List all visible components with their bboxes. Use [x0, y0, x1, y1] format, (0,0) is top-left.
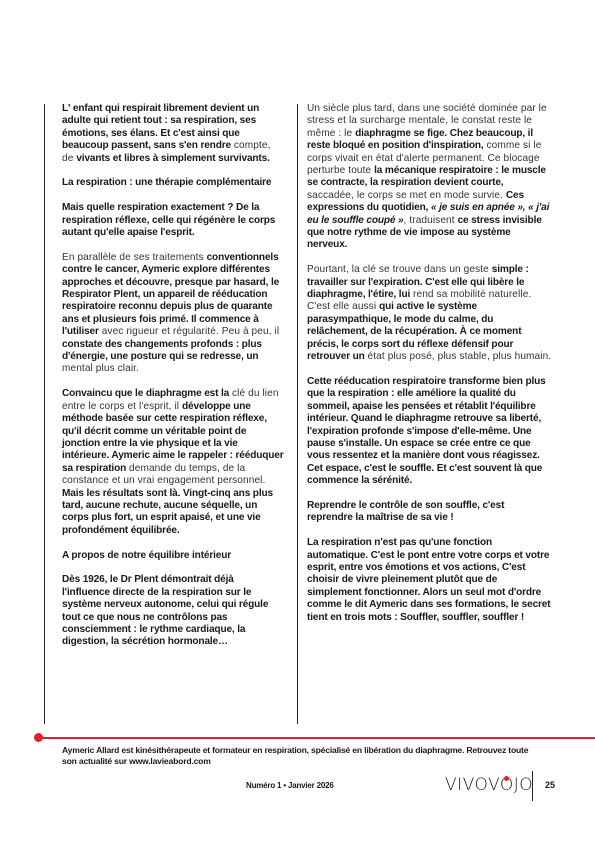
text-light: état plus posé, plus stable, plus humain…: [365, 351, 552, 362]
magazine-logo: VIVOVOJO: [445, 775, 533, 795]
article-left-column: L' enfant qui respirait librement devien…: [62, 103, 284, 661]
paragraph-method: Convaincu que le diaphragme est la clé d…: [62, 388, 284, 537]
text-light: En parallèle de ses traitements: [62, 252, 207, 263]
page-number: 25: [545, 780, 555, 790]
paragraph-stress: Un siècle plus tard, dans une société do…: [307, 103, 552, 252]
paragraph-history: Dès 1926, le Dr Plent démontrait déjà l'…: [62, 574, 284, 648]
paragraph-expiration: Pourtant, la clé se trouve dans un geste…: [307, 264, 552, 363]
issue-label: Numéro 1 • Janvier 2026: [246, 781, 334, 790]
author-bio: Aymeric Allard est kinésithérapeute et f…: [62, 745, 542, 767]
paragraph-conclusion: La respiration n'est pas qu'une fonction…: [307, 537, 552, 624]
column-rule-left: [44, 104, 45, 724]
text-bold: Convaincu que le diaphragme est la: [62, 388, 229, 399]
text-bold: Mais les résultats sont là. Vingt-cinq a…: [62, 488, 273, 536]
footer-divider-dot: [34, 733, 43, 742]
footer-divider: [38, 737, 595, 739]
text-bold: constate des changements profonds : plus…: [62, 339, 262, 362]
text-light: , traduisent: [404, 215, 458, 226]
logo-accent-dot: [504, 776, 509, 781]
section-heading: La respiration : une thérapie complément…: [62, 177, 284, 189]
section-heading: A propos de notre équilibre intérieur: [62, 550, 284, 562]
text-light: avec rigueur et régularité. Peu à peu, i…: [99, 326, 279, 337]
paragraph-respirator: En parallèle de ses traitements conventi…: [62, 252, 284, 376]
text-light: saccadée, le corps se met en mode survie…: [307, 190, 506, 201]
paragraph-reeducation: Cette rééducation respiratoire transform…: [307, 376, 552, 488]
paragraph-callout: Reprendre le contrôle de son souffle, c'…: [307, 500, 552, 525]
text-bold: vivants et libres à simplement survivant…: [76, 153, 269, 164]
article-right-column: Un siècle plus tard, dans une société do…: [307, 103, 552, 636]
text-bold: conventionnels contre le cancer, Aymeric…: [62, 252, 279, 337]
paragraph-intro: L' enfant qui respirait librement devien…: [62, 103, 284, 165]
text-light: mental plus clair.: [62, 363, 139, 374]
text-bold: L' enfant qui respirait librement devien…: [62, 103, 259, 151]
paragraph-question: Mais quelle respiration exactement ? De …: [62, 202, 284, 239]
footer-separator: [532, 771, 533, 801]
column-rule-right: [297, 104, 298, 724]
text-light: Pourtant, la clé se trouve dans un geste: [307, 264, 492, 275]
